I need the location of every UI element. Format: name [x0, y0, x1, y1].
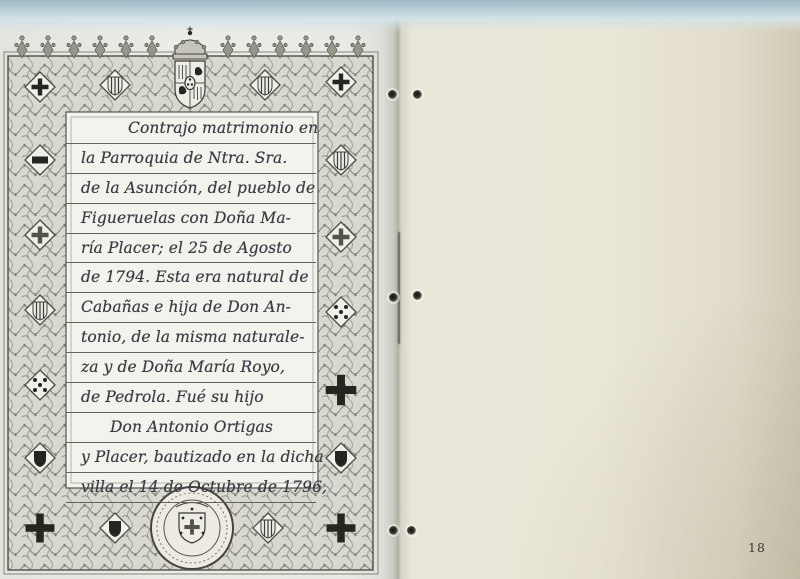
- photo-of-open-book: Contrajo matrimonio en la Parroquia de N…: [0, 0, 800, 579]
- spanish-record-text: Contrajo matrimonio en la Parroquia de N…: [66, 114, 316, 503]
- gutter-crease: [398, 232, 400, 344]
- manuscript-line: de Pedrola. Fué su hijo: [66, 383, 316, 413]
- manuscript-line: Don Antonio Ortigas: [66, 413, 316, 443]
- manuscript-line: la Parroquia de Ntra. Sra.: [66, 144, 316, 174]
- manuscript-line: villa el 14 de Octubre de 1796,: [66, 473, 316, 503]
- binding-hole: [413, 90, 422, 99]
- manuscript-line: y Placer, bautizado en la dicha: [66, 443, 316, 473]
- manuscript-line: za y de Doña María Royo,: [66, 353, 316, 383]
- manuscript-line: tonio, de la misma naturale-: [66, 323, 316, 353]
- manuscript-line: ría Placer; el 25 de Agosto: [66, 234, 316, 264]
- binding-hole: [389, 526, 398, 535]
- binding-hole: [407, 526, 416, 535]
- right-page: He married Doña María Placer in the Pari…: [396, 0, 800, 579]
- manuscript-line: Contrajo matrimonio en: [66, 114, 316, 144]
- manuscript-line: de 1794. Esta era natural de: [66, 263, 316, 293]
- page-number: 18: [748, 540, 766, 555]
- manuscript-line: Cabañas e hija de Don An-: [66, 293, 316, 323]
- manuscript-line: de la Asunción, del pueblo de: [66, 174, 316, 204]
- manuscript-line: Figueruelas con Doña Ma-: [66, 204, 316, 234]
- left-page: Contrajo matrimonio en la Parroquia de N…: [0, 0, 396, 579]
- crowned-coat-of-arms-icon: [173, 27, 207, 109]
- binding-hole: [388, 90, 397, 99]
- binding-hole: [389, 293, 398, 302]
- binding-hole: [413, 291, 422, 300]
